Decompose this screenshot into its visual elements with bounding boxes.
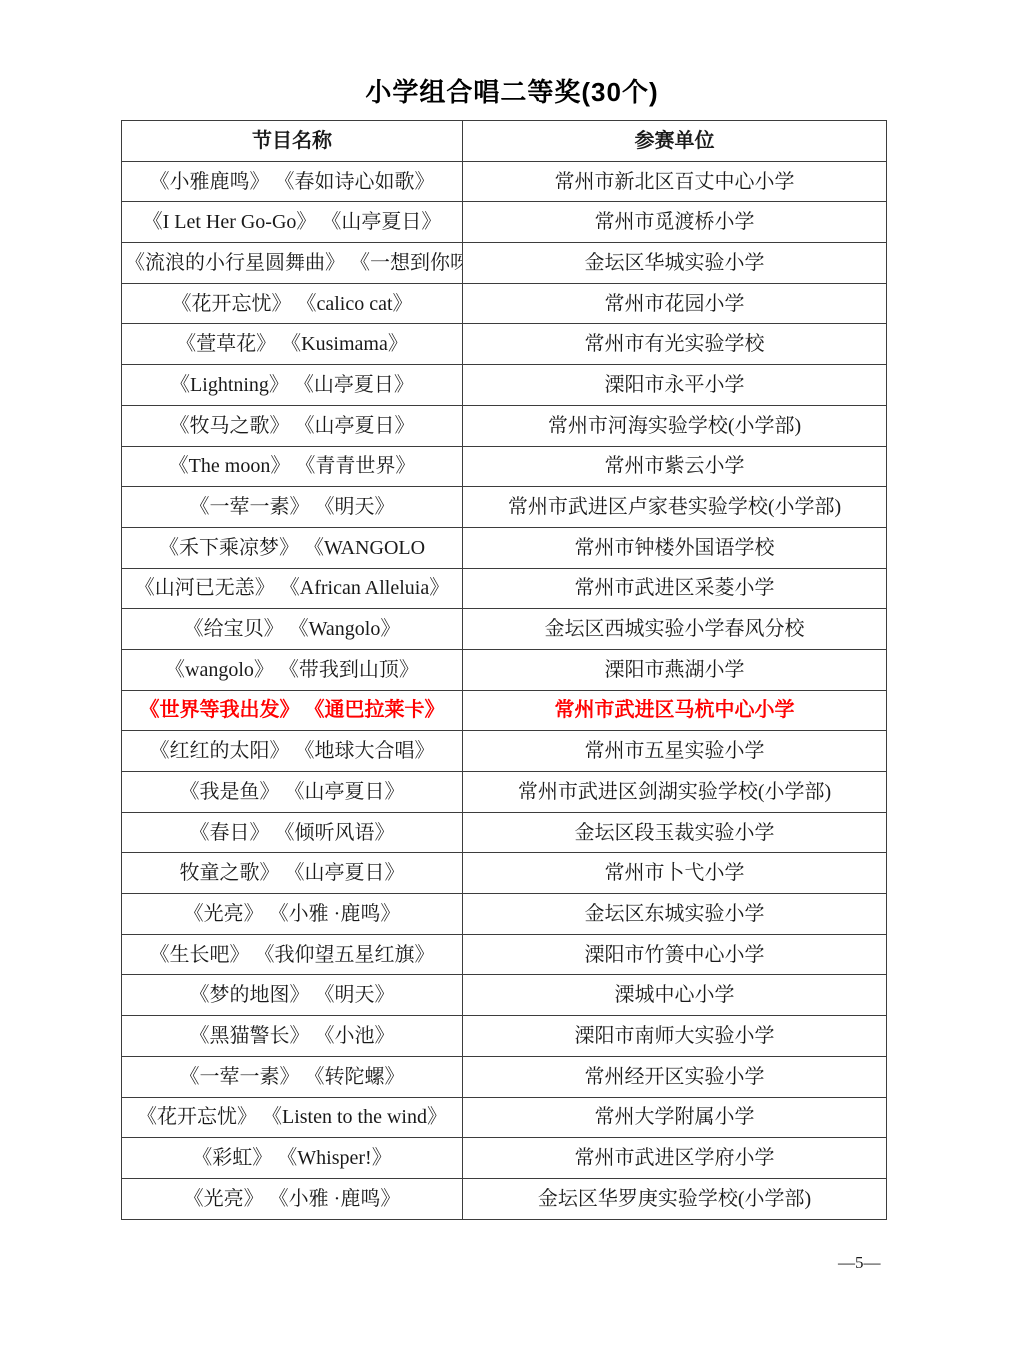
program-cell: 《Lightning》 《山亭夏日》 [122,365,463,406]
program-cell: 《牧马之歌》 《山亭夏日》 [122,405,463,446]
program-cell: 《红红的太阳》 《地球大合唱》 [122,731,463,772]
unit-cell: 常州市钟楼外国语学校 [463,527,887,568]
unit-cell: 常州市有光实验学校 [463,324,887,365]
program-cell: 《花开忘忧》 《Listen to the wind》 [122,1097,463,1138]
table-row: 《The moon》 《青青世界》 常州市紫云小学 [122,446,887,487]
unit-cell: 常州市武进区采菱小学 [463,568,887,609]
unit-cell: 溧城中心小学 [463,975,887,1016]
table-row: 《我是鱼》 《山亭夏日》 常州市武进区剑湖实验学校(小学部) [122,772,887,813]
table-row: 《花开忘忧》 《Listen to the wind》 常州大学附属小学 [122,1097,887,1138]
table-row: 《给宝贝》 《Wangolo》 金坛区西城实验小学春风分校 [122,609,887,650]
unit-cell: 金坛区段玉裁实验小学 [463,812,887,853]
program-cell: 《山河已无恙》 《African Alleluia》 [122,568,463,609]
table-row: 《流浪的小行星圆舞曲》 《一想到你呀》 金坛区华城实验小学 [122,243,887,284]
table-row: 《牧马之歌》 《山亭夏日》 常州市河海实验学校(小学部) [122,405,887,446]
unit-cell: 常州市武进区马杭中心小学 [463,690,887,731]
unit-cell: 金坛区西城实验小学春风分校 [463,609,887,650]
table-row: 《春日》 《倾听风语》 金坛区段玉裁实验小学 [122,812,887,853]
table-row: 《Lightning》 《山亭夏日》 溧阳市永平小学 [122,365,887,406]
table-row: 《wangolo》 《带我到山顶》 溧阳市燕湖小学 [122,649,887,690]
program-cell: 《彩虹》 《Whisper!》 [122,1138,463,1179]
table-row: 《花开忘忧》 《calico cat》 常州市花园小学 [122,283,887,324]
program-cell: 《花开忘忧》 《calico cat》 [122,283,463,324]
unit-cell: 常州市武进区剑湖实验学校(小学部) [463,772,887,813]
program-cell: 《I Let Her Go-Go》 《山亭夏日》 [122,202,463,243]
table-header-row: 节目名称 参赛单位 [122,121,887,162]
table-row: 《光亮》 《小雅 ·鹿鸣》 金坛区华罗庚实验学校(小学部) [122,1178,887,1219]
unit-cell: 金坛区华城实验小学 [463,243,887,284]
program-cell: 《生长吧》 《我仰望五星红旗》 [122,934,463,975]
unit-cell: 溧阳市燕湖小学 [463,649,887,690]
program-cell: 《萱草花》 《Kusimama》 [122,324,463,365]
program-cell: 《世界等我出发》 《通巴拉莱卡》 [122,690,463,731]
program-cell: 《给宝贝》 《Wangolo》 [122,609,463,650]
unit-cell: 常州市新北区百丈中心小学 [463,161,887,202]
unit-cell: 常州市觅渡桥小学 [463,202,887,243]
unit-cell: 常州市五星实验小学 [463,731,887,772]
table-body: 《小雅鹿鸣》 《春如诗心如歌》 常州市新北区百丈中心小学 《I Let Her … [122,161,887,1219]
unit-cell: 常州大学附属小学 [463,1097,887,1138]
table-header-program: 节目名称 [122,121,463,162]
program-cell: 《一荤一素》 《转陀螺》 [122,1056,463,1097]
table-row: 《小雅鹿鸣》 《春如诗心如歌》 常州市新北区百丈中心小学 [122,161,887,202]
table-row: 《生长吧》 《我仰望五星红旗》 溧阳市竹箦中心小学 [122,934,887,975]
program-cell: 《黑猫警长》 《小池》 [122,1016,463,1057]
program-cell: 《The moon》 《青青世界》 [122,446,463,487]
table-row: 《世界等我出发》 《通巴拉莱卡》 常州市武进区马杭中心小学 [122,690,887,731]
table-row: 《萱草花》 《Kusimama》 常州市有光实验学校 [122,324,887,365]
table-row: 《红红的太阳》 《地球大合唱》 常州市五星实验小学 [122,731,887,772]
program-cell: 《一荤一素》 《明天》 [122,487,463,528]
page-title: 小学组合唱二等奖(30个) [0,72,1024,109]
program-cell: 《wangolo》 《带我到山顶》 [122,649,463,690]
program-cell: 《禾下乘凉梦》 《WANGOLO [122,527,463,568]
unit-cell: 溧阳市永平小学 [463,365,887,406]
page-number: —5— [838,1253,881,1273]
program-cell: 《梦的地图》 《明天》 [122,975,463,1016]
table-row: 《山河已无恙》 《African Alleluia》 常州市武进区采菱小学 [122,568,887,609]
program-cell: 《流浪的小行星圆舞曲》 《一想到你呀》 [122,243,463,284]
unit-cell: 常州市武进区卢家巷实验学校(小学部) [463,487,887,528]
awards-table: 节目名称 参赛单位 《小雅鹿鸣》 《春如诗心如歌》 常州市新北区百丈中心小学 《… [121,120,887,1220]
table-row: 《一荤一素》 《转陀螺》 常州经开区实验小学 [122,1056,887,1097]
unit-cell: 溧阳市竹箦中心小学 [463,934,887,975]
program-cell: 《我是鱼》 《山亭夏日》 [122,772,463,813]
table-row: 《梦的地图》 《明天》 溧城中心小学 [122,975,887,1016]
unit-cell: 溧阳市南师大实验小学 [463,1016,887,1057]
program-cell: 《春日》 《倾听风语》 [122,812,463,853]
unit-cell: 常州市花园小学 [463,283,887,324]
table-header-unit: 参赛单位 [463,121,887,162]
table-row: 《光亮》 《小雅 ·鹿鸣》 金坛区东城实验小学 [122,894,887,935]
program-cell: 《光亮》 《小雅 ·鹿鸣》 [122,1178,463,1219]
unit-cell: 金坛区华罗庚实验学校(小学部) [463,1178,887,1219]
unit-cell: 常州市紫云小学 [463,446,887,487]
table-row: 《黑猫警长》 《小池》 溧阳市南师大实验小学 [122,1016,887,1057]
program-cell: 牧童之歌》 《山亭夏日》 [122,853,463,894]
document-page: { "document": { "title": "小学组合唱二等奖(30个)"… [0,0,1024,1354]
program-cell: 《小雅鹿鸣》 《春如诗心如歌》 [122,161,463,202]
unit-cell: 常州市河海实验学校(小学部) [463,405,887,446]
table-row: 牧童之歌》 《山亭夏日》 常州市卜弋小学 [122,853,887,894]
table-row: 《I Let Her Go-Go》 《山亭夏日》 常州市觅渡桥小学 [122,202,887,243]
unit-cell: 常州市卜弋小学 [463,853,887,894]
table-row: 《禾下乘凉梦》 《WANGOLO 常州市钟楼外国语学校 [122,527,887,568]
unit-cell: 常州经开区实验小学 [463,1056,887,1097]
program-cell: 《光亮》 《小雅 ·鹿鸣》 [122,894,463,935]
unit-cell: 金坛区东城实验小学 [463,894,887,935]
table-row: 《一荤一素》 《明天》 常州市武进区卢家巷实验学校(小学部) [122,487,887,528]
unit-cell: 常州市武进区学府小学 [463,1138,887,1179]
table-row: 《彩虹》 《Whisper!》 常州市武进区学府小学 [122,1138,887,1179]
